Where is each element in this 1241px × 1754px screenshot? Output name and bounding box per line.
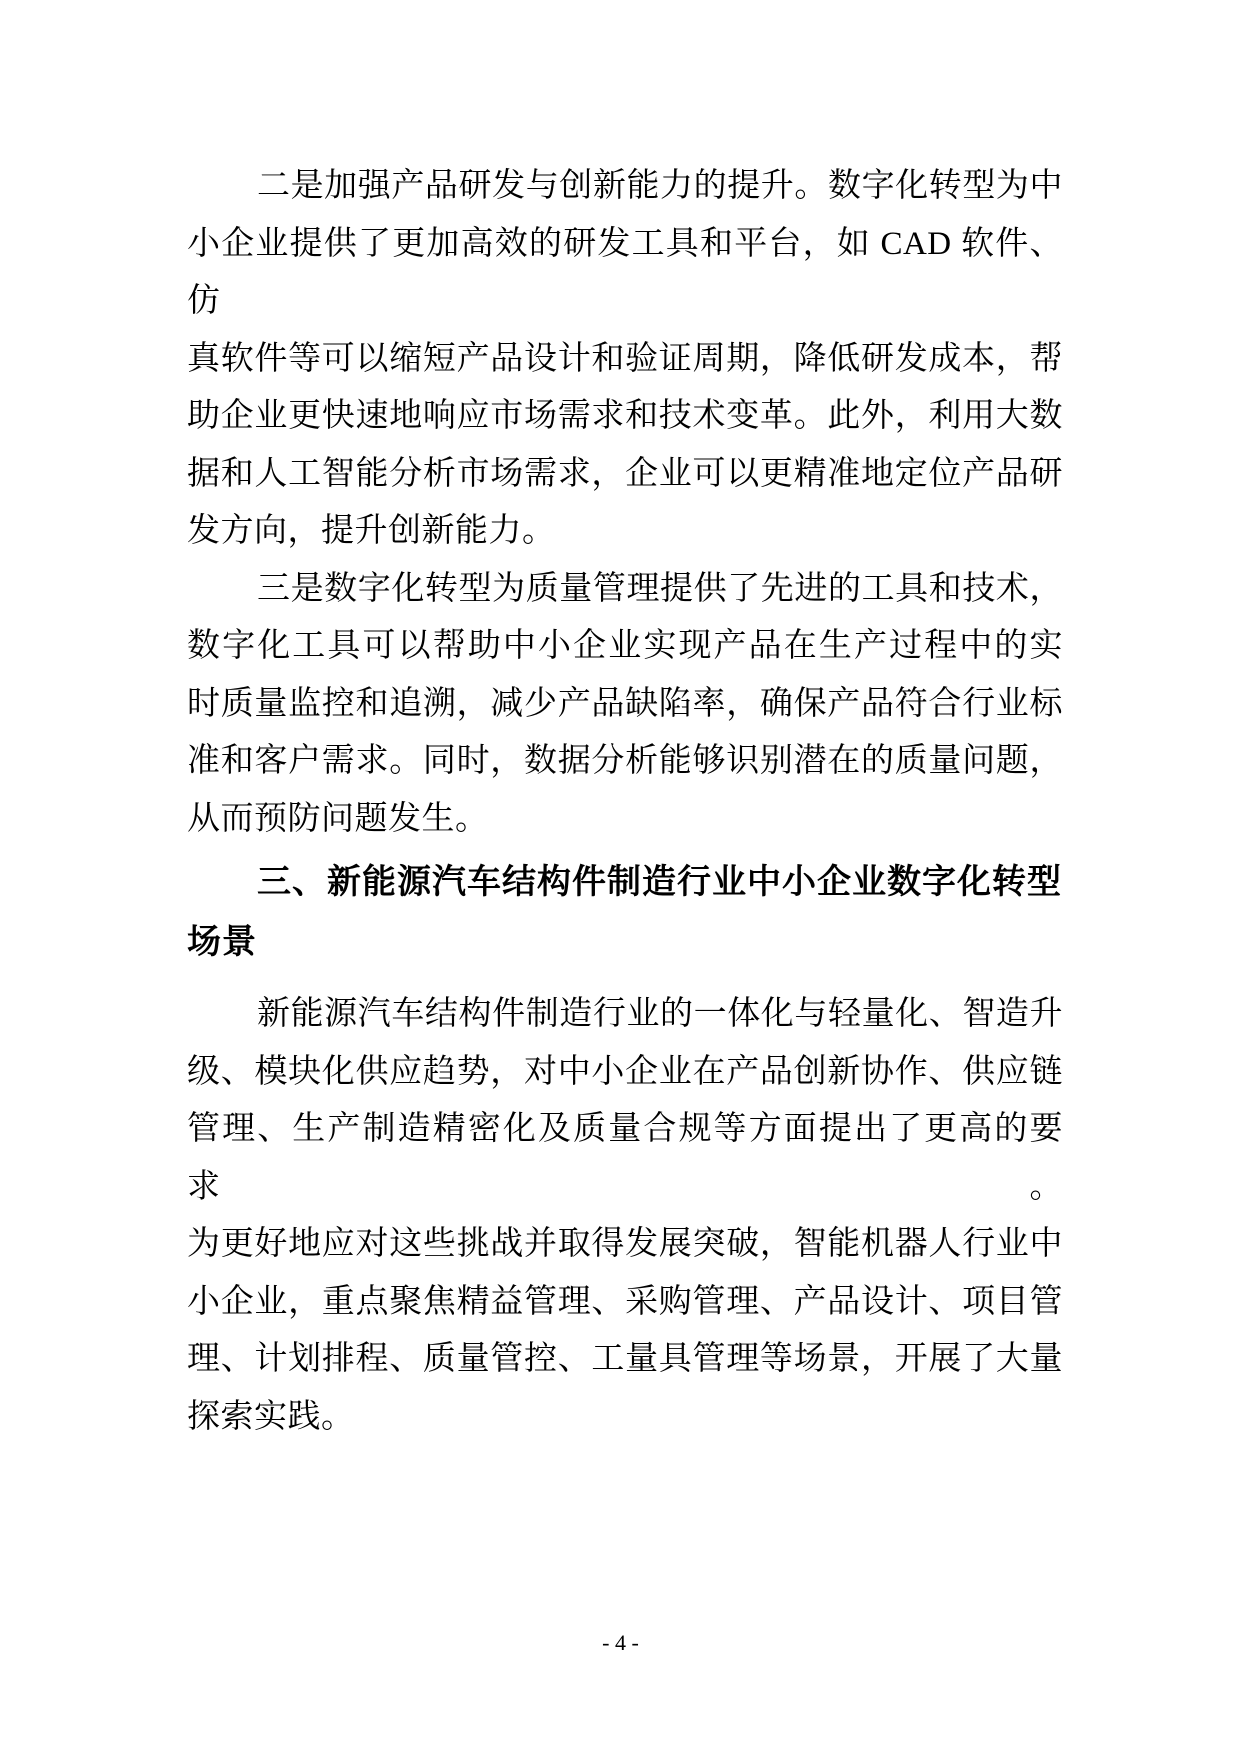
text-line: 数字化工具可以帮助中小企业实现产品在生产过程中的实 (187, 618, 1063, 676)
text-line: 据和人工智能分析市场需求，企业可以更精准地定位产品研 (187, 446, 1063, 504)
text-line: 发方向，提升创新能力。 (187, 503, 1063, 561)
text-line: 小企业提供了更加高效的研发工具和平台，如 CAD 软件、仿 (187, 216, 1063, 331)
text-line: 准和客户需求。同时，数据分析能够识别潜在的质量问题， (187, 733, 1063, 791)
text-line: 理、计划排程、质量管控、工量具管理等场景，开展了大量 (187, 1331, 1063, 1389)
text-line: 新能源汽车结构件制造行业的一体化与轻量化、智造升 (187, 986, 1063, 1044)
text-line: 助企业更快速地响应市场需求和技术变革。此外，利用大数 (187, 388, 1063, 446)
paragraph: 新能源汽车结构件制造行业的一体化与轻量化、智造升级、模块化供应趋势，对中小企业在… (187, 986, 1063, 1446)
text-line: 为更好地应对这些挑战并取得发展突破，智能机器人行业中 (187, 1216, 1063, 1274)
document-page: 二是加强产品研发与创新能力的提升。数字化转型为中小企业提供了更加高效的研发工具和… (0, 0, 1241, 1754)
page-number: - 4 - (602, 1630, 639, 1655)
text-line: 级、模块化供应趋势，对中小企业在产品创新协作、供应链 (187, 1044, 1063, 1102)
section-heading: 三、新能源汽车结构件制造行业中小企业数字化转型场景 (187, 852, 1063, 972)
text-line: 管理、生产制造精密化及质量合规等方面提出了更高的要求。 (187, 1101, 1063, 1216)
text-line: 从而预防问题发生。 (187, 791, 1063, 849)
text-line: 时质量监控和追溯，减少产品缺陷率，确保产品符合行业标 (187, 676, 1063, 734)
heading-line: 场景 (187, 912, 1063, 972)
text-line: 探索实践。 (187, 1389, 1063, 1447)
text-line: 二是加强产品研发与创新能力的提升。数字化转型为中 (187, 158, 1063, 216)
page-footer: - 4 - (0, 1629, 1241, 1657)
paragraph: 三是数字化转型为质量管理提供了先进的工具和技术，数字化工具可以帮助中小企业实现产… (187, 561, 1063, 849)
paragraph: 二是加强产品研发与创新能力的提升。数字化转型为中小企业提供了更加高效的研发工具和… (187, 158, 1063, 561)
text-line: 三是数字化转型为质量管理提供了先进的工具和技术， (187, 561, 1063, 619)
text-line: 真软件等可以缩短产品设计和验证周期，降低研发成本，帮 (187, 331, 1063, 389)
document-body: 二是加强产品研发与创新能力的提升。数字化转型为中小企业提供了更加高效的研发工具和… (187, 158, 1063, 1446)
heading-line: 三、新能源汽车结构件制造行业中小企业数字化转型 (187, 852, 1063, 912)
text-line: 小企业，重点聚焦精益管理、采购管理、产品设计、项目管 (187, 1274, 1063, 1332)
